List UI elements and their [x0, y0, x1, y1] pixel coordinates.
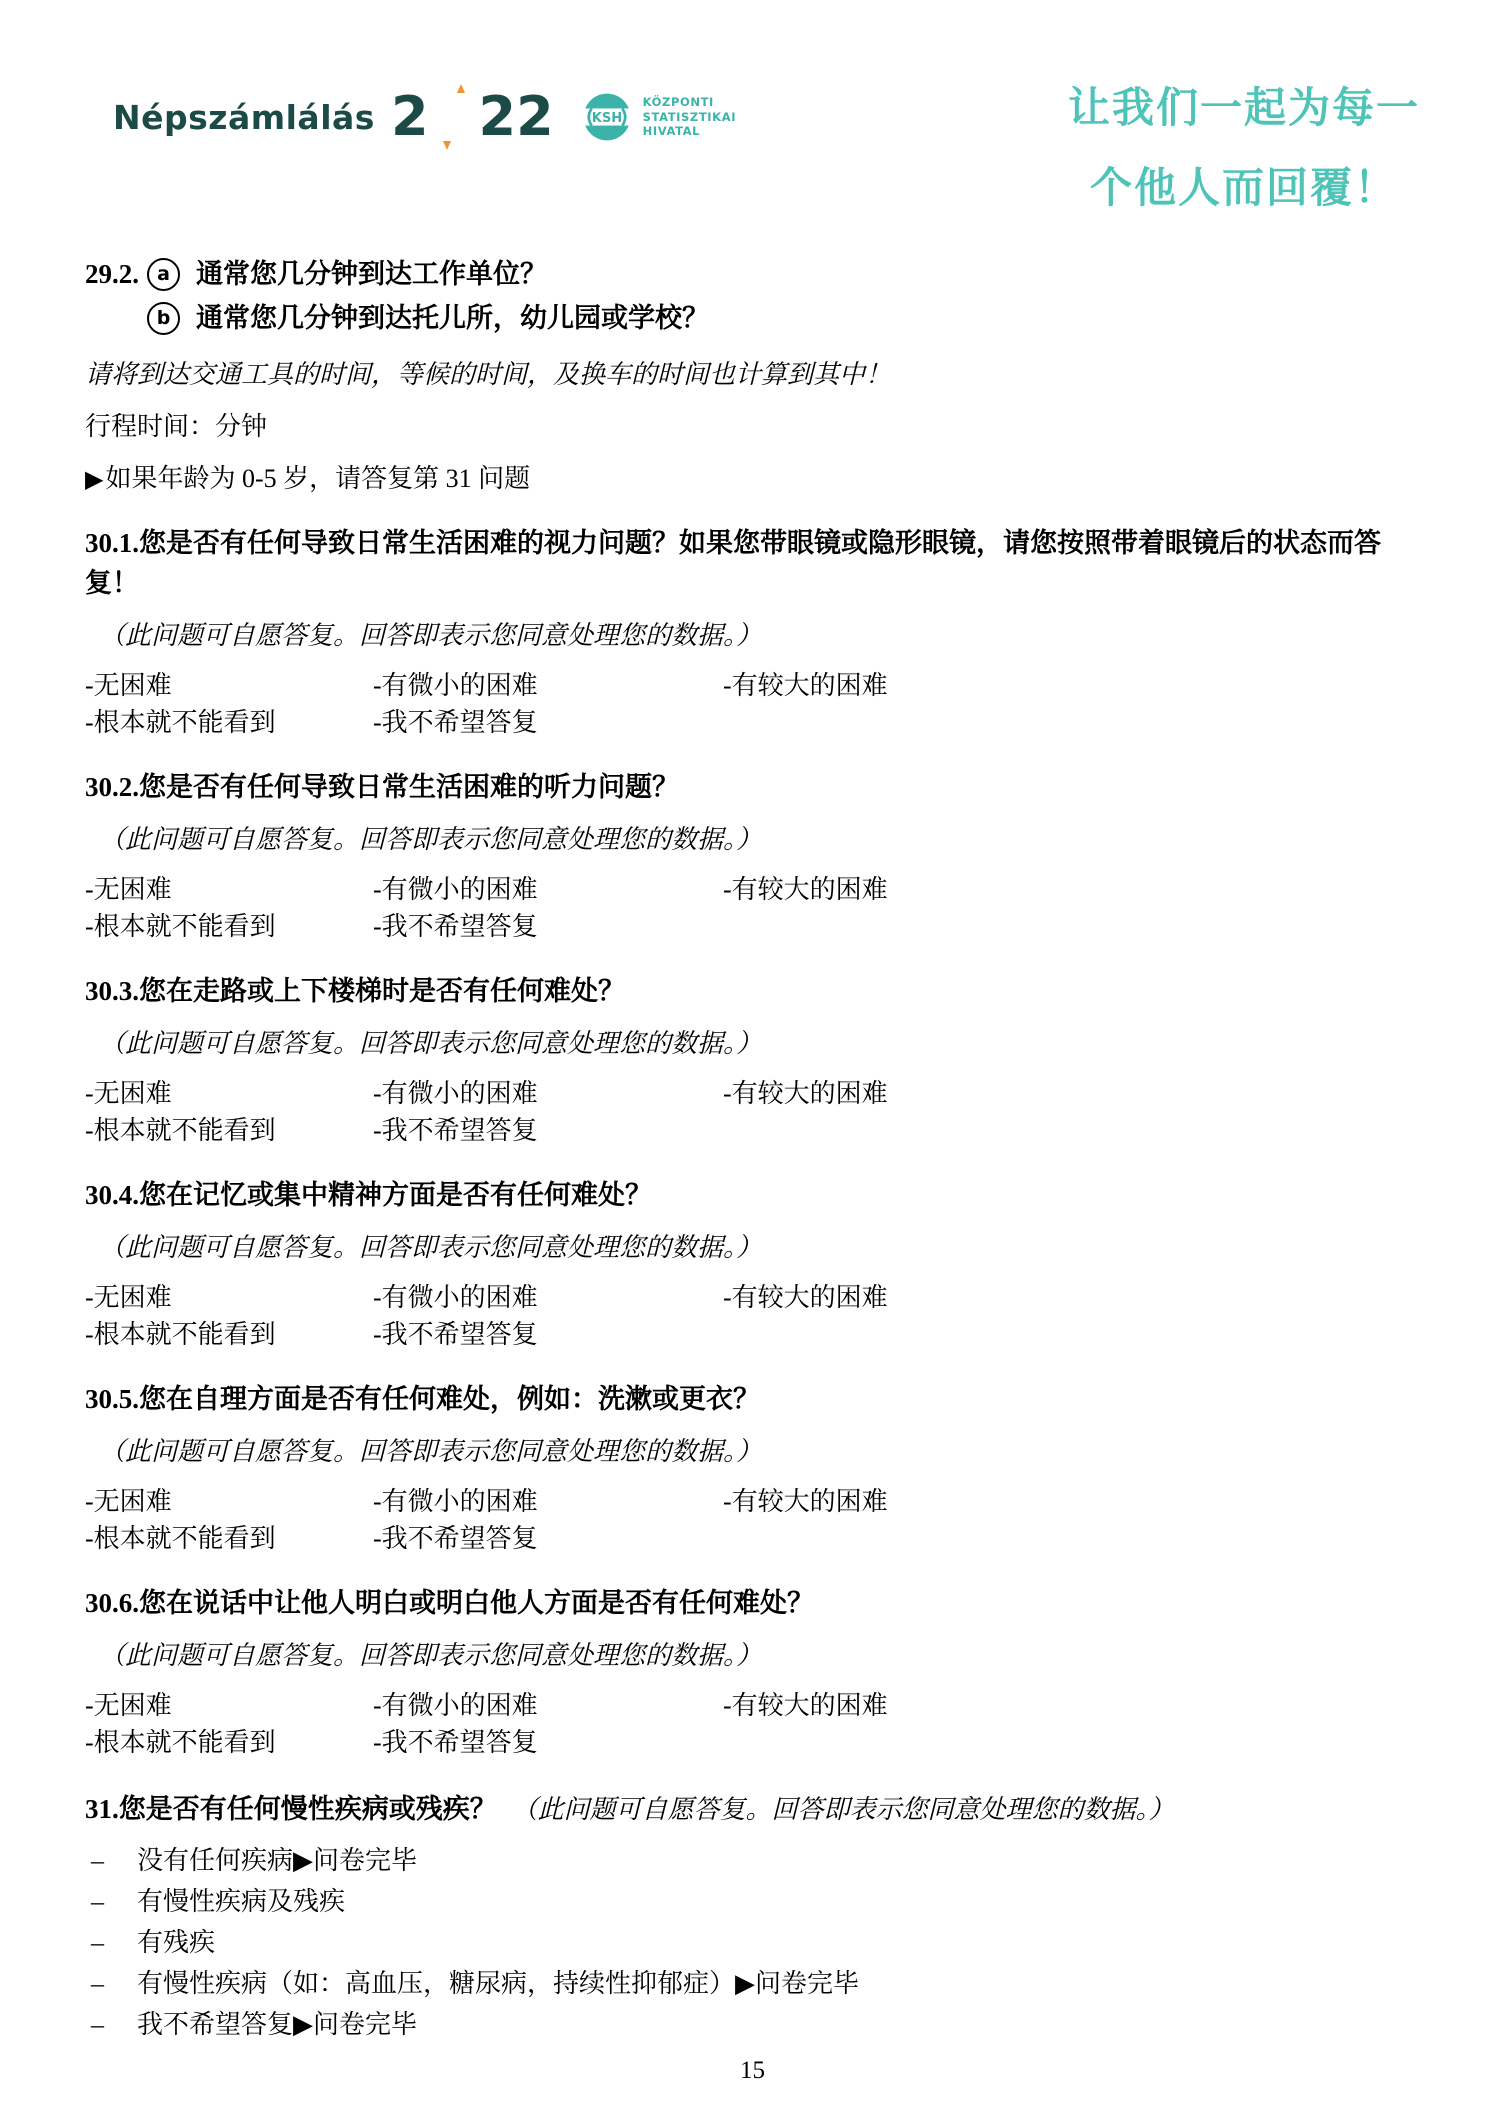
ksh-logo: KSH KÖZPONTI STATISZTIKAI HIVATAL	[580, 90, 736, 144]
question-title: 30.4.您在记忆或集中精神方面是否有任何难处？	[85, 1175, 1420, 1215]
question-title: 30.6.您在说话中让他人明白或明白他人方面是否有任何难处？	[85, 1583, 1420, 1623]
consent-note: （此问题可自愿答复。回答即表示您同意处理您的数据。）	[85, 1027, 1420, 1061]
triangle-bottom-icon	[443, 141, 451, 150]
answer-option: -有较大的困难	[723, 1483, 1420, 1520]
dash-bullet: –	[85, 1840, 137, 1881]
list-item-text: 有慢性疾病（如：高血压，糖尿病，持续性抑郁症）▶问卷完毕	[137, 1963, 859, 2004]
answer-option: -根本就不能看到	[85, 1112, 373, 1149]
question-title: 30.1.您是否有任何导致日常生活困难的视力问题？如果您带眼镜或隐形眼镜，请您按…	[85, 523, 1420, 603]
answer-option: -有较大的困难	[723, 1687, 1420, 1724]
empty-cell	[723, 1316, 1420, 1353]
list-item-text: 有慢性疾病及残疾	[137, 1881, 345, 1922]
dash-bullet: –	[85, 2004, 137, 2045]
question-number: 29.2.	[85, 252, 147, 296]
answer-option: -我不希望答复	[373, 1520, 723, 1557]
answer-option: -我不希望答复	[373, 1316, 723, 1353]
answer-option: -我不希望答复	[373, 908, 723, 945]
question-title: 30.3.您在走路或上下楼梯时是否有任何难处？	[85, 971, 1420, 1011]
page-header: Népszámlálás 2 22 KSH	[85, 62, 1420, 228]
nepszamlalas-2022-logo: Népszámlálás 2 22 KSH	[113, 90, 736, 144]
answer-option: -有较大的困难	[723, 667, 1420, 704]
arrow-right-icon: ▶	[85, 467, 103, 493]
answer-option: -有微小的困难	[373, 871, 723, 908]
answer-option: -有较大的困难	[723, 1279, 1420, 1316]
list-item: – 有残疾	[85, 1922, 1420, 1963]
slogan-line2: 个他人而回覆！	[1068, 148, 1420, 228]
year-2022: 2 22	[391, 90, 554, 144]
answer-option: -根本就不能看到	[85, 908, 373, 945]
empty-cell	[723, 908, 1420, 945]
slogan-line1: 让我们一起为每一	[1068, 68, 1420, 148]
travel-time-label: 行程时间：分钟	[85, 410, 1420, 444]
ksh-org-name: KÖZPONTI STATISZTIKAI HIVATAL	[643, 95, 736, 140]
ksh-emblem-icon: KSH	[580, 90, 634, 144]
consent-note: （此问题可自愿答复。回答即表示您同意处理您的数据。）	[85, 1435, 1420, 1469]
question-30-4: 30.4.您在记忆或集中精神方面是否有任何难处？ （此问题可自愿答复。回答即表示…	[85, 1175, 1420, 1353]
question-29-2-part-b: b 通常您几分钟到达托儿所，幼儿园或学校？	[85, 296, 1420, 340]
ksh-org-line3: HIVATAL	[643, 124, 736, 139]
page-number: 15	[85, 2057, 1420, 2085]
question-text-a: 通常您几分钟到达工作单位？	[196, 252, 547, 296]
consent-note: （此问题可自愿答复。回答即表示您同意处理您的数据。）	[85, 823, 1420, 857]
dash-bullet: –	[85, 1922, 137, 1963]
answer-option: -无困难	[85, 667, 373, 704]
question-title: 30.2.您是否有任何导致日常生活困难的听力问题？	[85, 767, 1420, 807]
question-30-2: 30.2.您是否有任何导致日常生活困难的听力问题？ （此问题可自愿答复。回答即表…	[85, 767, 1420, 945]
list-item: – 有慢性疾病（如：高血压，糖尿病，持续性抑郁症）▶问卷完毕	[85, 1963, 1420, 2004]
empty-cell	[723, 1520, 1420, 1557]
list-item-text: 有残疾	[137, 1922, 215, 1963]
answer-option: -有微小的困难	[373, 1075, 723, 1112]
year-digit-2: 2	[391, 90, 429, 144]
nepszamlalas-wordmark: Népszámlálás	[113, 98, 375, 137]
answer-options: -无困难 -有微小的困难 -有较大的困难 -根本就不能看到 -我不希望答复	[85, 1075, 1420, 1149]
consent-note: （此问题可自愿答复。回答即表示您同意处理您的数据。）	[85, 1231, 1420, 1265]
circled-a-icon: a	[147, 258, 180, 291]
answer-options: -无困难 -有微小的困难 -有较大的困难 -根本就不能看到 -我不希望答复	[85, 1687, 1420, 1761]
consent-note: （此问题可自愿答复。回答即表示您同意处理您的数据。）	[85, 619, 1420, 653]
answer-options: -无困难 -有微小的困难 -有较大的困难 -根本就不能看到 -我不希望答复	[85, 871, 1420, 945]
answer-options: -无困难 -有微小的困难 -有较大的困难 -根本就不能看到 -我不希望答复	[85, 667, 1420, 741]
answer-option: -无困难	[85, 1483, 373, 1520]
answer-option: -有较大的困难	[723, 871, 1420, 908]
pie-chart-zero-icon	[431, 94, 477, 140]
answer-options: -无困难 -有微小的困难 -有较大的困难 -根本就不能看到 -我不希望答复	[85, 1483, 1420, 1557]
dash-bullet: –	[85, 1963, 137, 2004]
consent-note: （此问题可自愿答复。回答即表示您同意处理您的数据。）	[504, 1795, 1175, 1824]
answer-option: -有微小的困难	[373, 667, 723, 704]
answer-option: -有微小的困难	[373, 1483, 723, 1520]
question-30-5: 30.5.您在自理方面是否有任何难处，例如：洗漱或更衣？ （此问题可自愿答复。回…	[85, 1379, 1420, 1557]
answer-option: -根本就不能看到	[85, 1520, 373, 1557]
question-30-3: 30.3.您在走路或上下楼梯时是否有任何难处？ （此问题可自愿答复。回答即表示您…	[85, 971, 1420, 1149]
list-item: – 有慢性疾病及残疾	[85, 1881, 1420, 1922]
answer-option: -无困难	[85, 1279, 373, 1316]
answer-option: -我不希望答复	[373, 704, 723, 741]
question-title: 30.5.您在自理方面是否有任何难处，例如：洗漱或更衣？	[85, 1379, 1420, 1419]
triangle-top-icon	[457, 84, 465, 93]
empty-cell	[723, 1724, 1420, 1761]
year-digits-22: 22	[479, 90, 554, 144]
empty-cell	[723, 1112, 1420, 1149]
list-item-text: 我不希望答复▶问卷完毕	[137, 2004, 417, 2045]
answer-option: -有微小的困难	[373, 1687, 723, 1724]
question-31: 31.您是否有任何慢性疾病或残疾？ （此问题可自愿答复。回答即表示您同意处理您的…	[85, 1789, 1420, 2045]
question-title: 31.您是否有任何慢性疾病或残疾？	[85, 1794, 497, 1824]
answer-option: -我不希望答复	[373, 1724, 723, 1761]
list-item-text: 没有任何疾病▶问卷完毕	[137, 1840, 417, 1881]
answer-option: -有微小的困难	[373, 1279, 723, 1316]
answer-list: – 没有任何疾病▶问卷完毕 – 有慢性疾病及残疾 – 有残疾 – 有慢性疾病（如…	[85, 1840, 1420, 2045]
skip-instruction: ▶如果年龄为 0-5 岁，请答复第 31 问题	[85, 462, 1420, 497]
circled-b-icon: b	[147, 302, 180, 335]
census-questionnaire-page: Népszámlálás 2 22 KSH	[0, 0, 1500, 2121]
skip-instruction-text: 如果年龄为 0-5 岁，请答复第 31 问题	[105, 464, 530, 493]
instruction-note: 请将到达交通工具的时间，等候的时间，及换车的时间也计算到其中！	[85, 358, 1420, 392]
answer-option: -我不希望答复	[373, 1112, 723, 1149]
answer-option: -根本就不能看到	[85, 1316, 373, 1353]
consent-note: （此问题可自愿答复。回答即表示您同意处理您的数据。）	[85, 1639, 1420, 1673]
campaign-slogan: 让我们一起为每一 个他人而回覆！	[1068, 68, 1420, 228]
list-item: – 没有任何疾病▶问卷完毕	[85, 1840, 1420, 1881]
question-29-2: 29.2. a 通常您几分钟到达工作单位？ b 通常您几分钟到达托儿所，幼儿园或…	[85, 252, 1420, 497]
question-30-6: 30.6.您在说话中让他人明白或明白他人方面是否有任何难处？ （此问题可自愿答复…	[85, 1583, 1420, 1761]
question-text-b: 通常您几分钟到达托儿所，幼儿园或学校？	[196, 296, 709, 340]
dash-bullet: –	[85, 1881, 137, 1922]
answer-option: -有较大的困难	[723, 1075, 1420, 1112]
question-30-1: 30.1.您是否有任何导致日常生活困难的视力问题？如果您带眼镜或隐形眼镜，请您按…	[85, 523, 1420, 741]
answer-option: -根本就不能看到	[85, 1724, 373, 1761]
answer-option: -无困难	[85, 1687, 373, 1724]
question-29-2-part-a: 29.2. a 通常您几分钟到达工作单位？	[85, 252, 1420, 296]
ksh-org-line2: STATISZTIKAI	[643, 110, 736, 125]
answer-options: -无困难 -有微小的困难 -有较大的困难 -根本就不能看到 -我不希望答复	[85, 1279, 1420, 1353]
question-title-row: 31.您是否有任何慢性疾病或残疾？ （此问题可自愿答复。回答即表示您同意处理您的…	[85, 1789, 1420, 1830]
svg-text:KSH: KSH	[591, 111, 621, 126]
answer-option: -根本就不能看到	[85, 704, 373, 741]
empty-cell	[723, 704, 1420, 741]
ksh-org-line1: KÖZPONTI	[643, 95, 736, 110]
list-item: – 我不希望答复▶问卷完毕	[85, 2004, 1420, 2045]
answer-option: -无困难	[85, 1075, 373, 1112]
answer-option: -无困难	[85, 871, 373, 908]
